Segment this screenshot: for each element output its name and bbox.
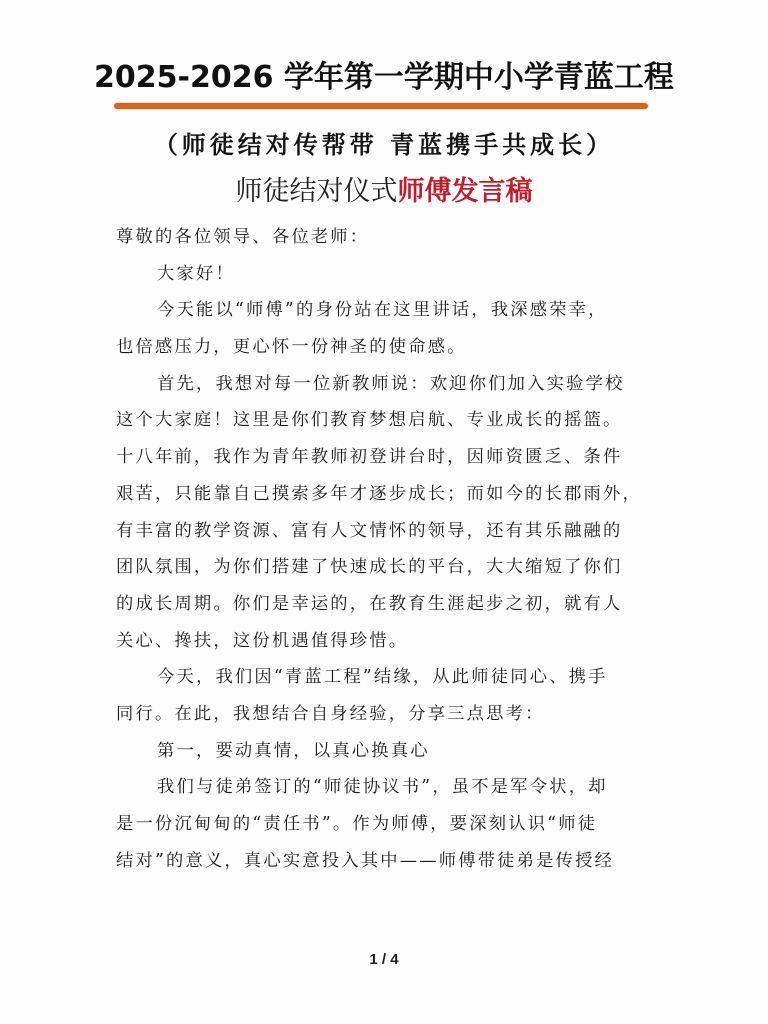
document-main-title: 2025-2026 学年第一学期中小学青蓝工程 bbox=[0, 58, 768, 98]
body-line: 这个大家庭！这里是你们教育梦想启航、专业成长的摇篮。 bbox=[116, 402, 661, 439]
body-line: 今天能以“师傅”的身份站在这里讲话，我深感荣幸， bbox=[116, 292, 661, 329]
section-heading-first-point: 第一，要动真情，以真心换真心 bbox=[116, 733, 661, 770]
body-line: 也倍感压力，更心怀一份神圣的使命感。 bbox=[116, 329, 661, 366]
body-line: 团队氛围，为你们搭建了快速成长的平台，大大缩短了你们 bbox=[116, 549, 661, 586]
body-line: 同行。在此，我想结合自身经验，分享三点思考： bbox=[116, 696, 661, 733]
body-line: 十八年前，我作为青年教师初登讲台时，因师资匮乏、条件 bbox=[116, 439, 661, 476]
document-subtitle: （师徒结对传帮带 青蓝携手共成长） bbox=[0, 128, 768, 162]
body-line-greeting: 尊敬的各位领导、各位老师： bbox=[116, 219, 661, 256]
document-page: 2025-2026 学年第一学期中小学青蓝工程 （师徒结对传帮带 青蓝携手共成长… bbox=[0, 0, 768, 1024]
speech-body: 尊敬的各位领导、各位老师： 大家好！ 今天能以“师傅”的身份站在这里讲话，我深感… bbox=[116, 219, 661, 879]
speech-heading-highlight: 师傅发言稿 bbox=[398, 176, 533, 207]
body-line: 结对”的意义，真心实意投入其中——师傅带徒弟是传授经 bbox=[116, 843, 661, 880]
body-line: 大家好！ bbox=[116, 256, 661, 293]
body-line: 首先，我想对每一位新教师说：欢迎你们加入实验学校 bbox=[116, 366, 661, 403]
speech-heading: 师徒结对仪式师傅发言稿 bbox=[0, 172, 768, 212]
body-line: 艰苦，只能靠自己摸索多年才逐步成长；而如今的长郡雨外， bbox=[116, 476, 661, 513]
body-line: 今天，我们因“青蓝工程”结缘，从此师徒同心、携手 bbox=[116, 659, 661, 696]
body-line: 我们与徒弟签订的“师徒协议书”，虽不是军令状，却 bbox=[116, 769, 661, 806]
page-indicator: 1 / 4 bbox=[0, 951, 768, 968]
body-line: 有丰富的教学资源、富有人文情怀的领导，还有其乐融融的 bbox=[116, 513, 661, 550]
speech-heading-prefix: 师徒结对仪式 bbox=[236, 176, 398, 207]
body-line: 是一份沉甸甸的“责任书”。作为师傅，要深刻认识“师徒 bbox=[116, 806, 661, 843]
body-line: 关心、搀扶，这份机遇值得珍惜。 bbox=[116, 623, 661, 660]
body-line: 的成长周期。你们是幸运的，在教育生涯起步之初，就有人 bbox=[116, 586, 661, 623]
title-underline-rule bbox=[114, 103, 648, 109]
